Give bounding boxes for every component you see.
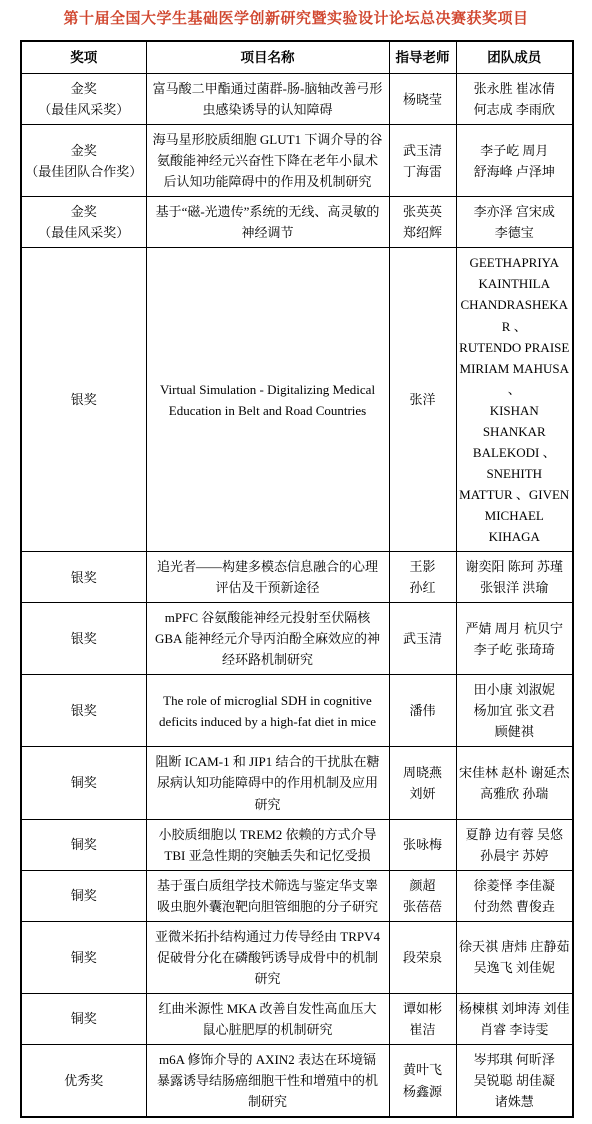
- cell-project: 基于蛋白质组学技术筛选与鉴定华支睾吸虫胞外囊泡靶向胆管细胞的分子研究: [146, 870, 389, 921]
- header-project: 项目名称: [146, 41, 389, 74]
- table-row: 铜奖 基于蛋白质组学技术筛选与鉴定华支睾吸虫胞外囊泡靶向胆管细胞的分子研究 颜超…: [21, 870, 573, 921]
- cell-award: 优秀奖: [21, 1044, 146, 1117]
- cell-award: 银奖: [21, 248, 146, 552]
- cell-project: 亚微米拓扑结构通过力传导经由 TRPV4 促破骨分化在磷酸钙诱导成骨中的机制研究: [146, 921, 389, 993]
- cell-advisor: 武玉清 丁海雷: [389, 125, 456, 197]
- cell-advisor: 黄叶飞 杨鑫源: [389, 1044, 456, 1117]
- cell-advisor: 周晓燕 刘妍: [389, 747, 456, 819]
- cell-advisor: 潘伟: [389, 675, 456, 747]
- cell-project: 海马星形胶质细胞 GLUT1 下调介导的谷氨酸能神经元兴奋性下降在老年小鼠术后认…: [146, 125, 389, 197]
- table-header-row: 奖项 项目名称 指导老师 团队成员: [21, 41, 573, 74]
- table-row: 金奖 （最佳团队合作奖） 海马星形胶质细胞 GLUT1 下调介导的谷氨酸能神经元…: [21, 125, 573, 197]
- cell-advisor: 武玉清: [389, 603, 456, 675]
- cell-advisor: 段荣泉: [389, 921, 456, 993]
- awards-table: 奖项 项目名称 指导老师 团队成员 金奖 （最佳风采奖） 富马酸二甲酯通过菌群-…: [20, 40, 574, 1119]
- cell-team: 李子屹 周月 舒海峰 卢泽坤: [456, 125, 573, 197]
- cell-team: 李亦泽 宫宋成 李德宝: [456, 197, 573, 248]
- table-row: 优秀奖 m6A 修饰介导的 AXIN2 表达在环境镉暴露诱导结肠癌细胞干性和增殖…: [21, 1044, 573, 1117]
- header-advisor: 指导老师: [389, 41, 456, 74]
- cell-team: GEETHAPRIYA KAINTHILA CHANDRASHEKAR 、 RU…: [456, 248, 573, 552]
- cell-award: 铜奖: [21, 747, 146, 819]
- header-team: 团队成员: [456, 41, 573, 74]
- cell-advisor: 杨晓莹: [389, 74, 456, 125]
- cell-project: 小胶质细胞以 TREM2 依赖的方式介导 TBI 亚急性期的突触丢失和记忆受损: [146, 819, 389, 870]
- cell-project: 追光者——构建多模态信息融合的心理评估及干预新途径: [146, 552, 389, 603]
- table-row: 金奖 （最佳风采奖） 基于“磁-光遗传”系统的无线、高灵敏的神经调节 张英英 郑…: [21, 197, 573, 248]
- cell-award: 金奖 （最佳团队合作奖）: [21, 125, 146, 197]
- cell-award: 铜奖: [21, 921, 146, 993]
- cell-team: 张永胜 崔冰倩 何志成 李雨欣: [456, 74, 573, 125]
- cell-team: 徐菱怿 李佳凝 付劲然 曹俊垚: [456, 870, 573, 921]
- cell-advisor: 张洋: [389, 248, 456, 552]
- cell-team: 夏静 边有蓉 吴悠 孙晨宇 苏婷: [456, 819, 573, 870]
- cell-award: 金奖 （最佳风采奖）: [21, 197, 146, 248]
- cell-team: 田小康 刘淑妮 杨加宜 张文君 顾健祺: [456, 675, 573, 747]
- cell-team: 严婧 周月 杭贝宁 李子屹 张琦琦: [456, 603, 573, 675]
- cell-project: 阻断 ICAM-1 和 JIP1 结合的干扰肽在糖尿病认知功能障碍中的作用机制及…: [146, 747, 389, 819]
- document-page: 第十届全国大学生基础医学创新研究暨实验设计论坛总决赛获奖项目 奖项 项目名称 指…: [0, 0, 592, 1124]
- cell-project: 基于“磁-光遗传”系统的无线、高灵敏的神经调节: [146, 197, 389, 248]
- cell-advisor: 王影 孙红: [389, 552, 456, 603]
- table-row: 铜奖 小胶质细胞以 TREM2 依赖的方式介导 TBI 亚急性期的突触丢失和记忆…: [21, 819, 573, 870]
- cell-advisor: 颜超 张蓓蓓: [389, 870, 456, 921]
- cell-project: 富马酸二甲酯通过菌群-肠-脑轴改善弓形虫感染诱导的认知障碍: [146, 74, 389, 125]
- cell-award: 银奖: [21, 675, 146, 747]
- table-row: 银奖 Virtual Simulation - Digitalizing Med…: [21, 248, 573, 552]
- cell-project: Virtual Simulation - Digitalizing Medica…: [146, 248, 389, 552]
- cell-award: 铜奖: [21, 993, 146, 1044]
- page-title: 第十届全国大学生基础医学创新研究暨实验设计论坛总决赛获奖项目: [20, 10, 572, 30]
- cell-project: mPFC 谷氨酸能神经元投射至伏隔核 GBA 能神经元介导丙泊酚全麻效应的神经环…: [146, 603, 389, 675]
- cell-advisor: 谭如彬 崔洁: [389, 993, 456, 1044]
- table-row: 铜奖 阻断 ICAM-1 和 JIP1 结合的干扰肽在糖尿病认知功能障碍中的作用…: [21, 747, 573, 819]
- cell-award: 银奖: [21, 552, 146, 603]
- cell-award: 银奖: [21, 603, 146, 675]
- cell-team: 谢奕阳 陈珂 苏瑾 张银洋 洪瑜: [456, 552, 573, 603]
- cell-project: 红曲米源性 MKA 改善自发性高血压大鼠心脏肥厚的机制研究: [146, 993, 389, 1044]
- cell-award: 铜奖: [21, 870, 146, 921]
- table-row: 铜奖 亚微米拓扑结构通过力传导经由 TRPV4 促破骨分化在磷酸钙诱导成骨中的机…: [21, 921, 573, 993]
- header-award: 奖项: [21, 41, 146, 74]
- cell-team: 宋佳林 赵朴 谢延杰 高雅欣 孙瑞: [456, 747, 573, 819]
- table-row: 银奖 mPFC 谷氨酸能神经元投射至伏隔核 GBA 能神经元介导丙泊酚全麻效应的…: [21, 603, 573, 675]
- cell-advisor: 张咏梅: [389, 819, 456, 870]
- cell-project: m6A 修饰介导的 AXIN2 表达在环境镉暴露诱导结肠癌细胞干性和增殖中的机制…: [146, 1044, 389, 1117]
- cell-team: 岑邦琪 何昕泽 吴锐聪 胡佳凝 诸姝慧: [456, 1044, 573, 1117]
- cell-award: 铜奖: [21, 819, 146, 870]
- table-row: 金奖 （最佳风采奖） 富马酸二甲酯通过菌群-肠-脑轴改善弓形虫感染诱导的认知障碍…: [21, 74, 573, 125]
- table-body: 金奖 （最佳风采奖） 富马酸二甲酯通过菌群-肠-脑轴改善弓形虫感染诱导的认知障碍…: [21, 74, 573, 1118]
- cell-advisor: 张英英 郑绍辉: [389, 197, 456, 248]
- table-row: 铜奖 红曲米源性 MKA 改善自发性高血压大鼠心脏肥厚的机制研究 谭如彬 崔洁 …: [21, 993, 573, 1044]
- cell-award: 金奖 （最佳风采奖）: [21, 74, 146, 125]
- cell-team: 徐天祺 唐炜 庄静茹 吴逸飞 刘佳妮: [456, 921, 573, 993]
- table-row: 银奖 追光者——构建多模态信息融合的心理评估及干预新途径 王影 孙红 谢奕阳 陈…: [21, 552, 573, 603]
- table-row: 银奖 The role of microglial SDH in cogniti…: [21, 675, 573, 747]
- cell-project: The role of microglial SDH in cognitive …: [146, 675, 389, 747]
- cell-team: 杨楝棋 刘坤涛 刘佳 肖睿 李诗雯: [456, 993, 573, 1044]
